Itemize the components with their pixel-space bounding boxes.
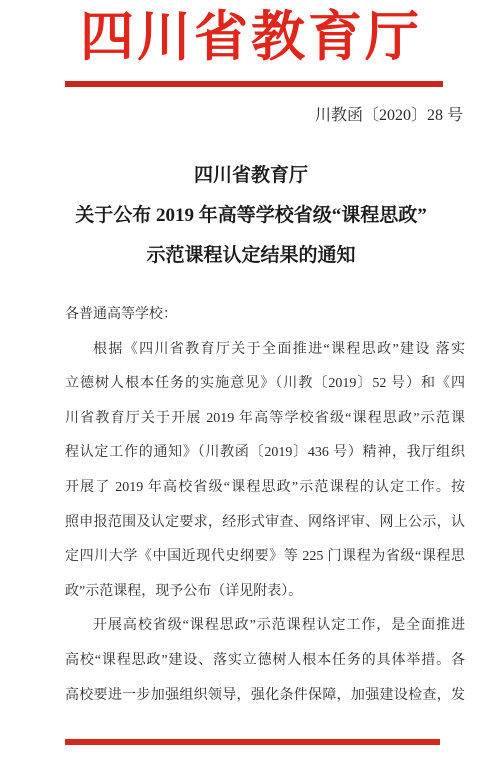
notice-title: 四川省教育厅 关于公布 2019 年高等学校省级“课程思政” 示范课程认定结果的… [0, 156, 502, 276]
body-line: 高校要进一步加强组织领导，强化条件保障，加强建设检查，发 [65, 679, 465, 714]
letterhead-org-name: 四川省教育厅 [0, 0, 502, 66]
body-line: 根据《四川省教育厅关于全面推进“课程思政”建设 落实 [65, 333, 465, 368]
letterhead-double-rule [65, 81, 443, 87]
body-line: 川省教育厅关于开展 2019 年高等学校省级“课程思政”示范课 [65, 402, 465, 437]
body-line: 政”示范课程，现予公布（详见附表）。 [65, 575, 465, 610]
document-page: 四川省教育厅 川教函〔2020〕28 号 四川省教育厅 关于公布 2019 年高… [0, 0, 502, 758]
document-number: 川教函〔2020〕28 号 [0, 104, 502, 128]
body-line: 程认定工作的通知》（川教函〔2019〕436 号）精神，我厅组织 [65, 436, 465, 471]
salutation-line: 各普通高等学校： [65, 298, 465, 333]
notice-body: 各普通高等学校： 根据《四川省教育厅关于全面推进“课程思政”建设 落实 立德树人… [65, 298, 465, 713]
body-line: 立德树人根本任务的实施意见》（川教〔2019〕52 号）和《四 [65, 367, 465, 402]
notice-title-line-1: 四川省教育厅 [0, 156, 502, 196]
body-line: 高校“课程思政”建设、落实立德树人根本任务的具体举措。各 [65, 644, 465, 679]
body-line: 定四川大学《中国近现代史纲要》等 225 门课程为省级“课程思 [65, 540, 465, 575]
body-line: 照申报范围及认定要求，经形式审查、网络评审、网上公示，认 [65, 506, 465, 541]
notice-title-line-2: 关于公布 2019 年高等学校省级“课程思政” [0, 196, 502, 236]
page-bottom-red-divider [65, 739, 440, 745]
body-line: 开展了 2019 年高校省级“课程思政”示范课程的认定工作。按 [65, 471, 465, 506]
body-line: 开展高校省级“课程思政”示范课程认定工作，是全面推进 [65, 609, 465, 644]
notice-title-line-3: 示范课程认定结果的通知 [0, 236, 502, 276]
